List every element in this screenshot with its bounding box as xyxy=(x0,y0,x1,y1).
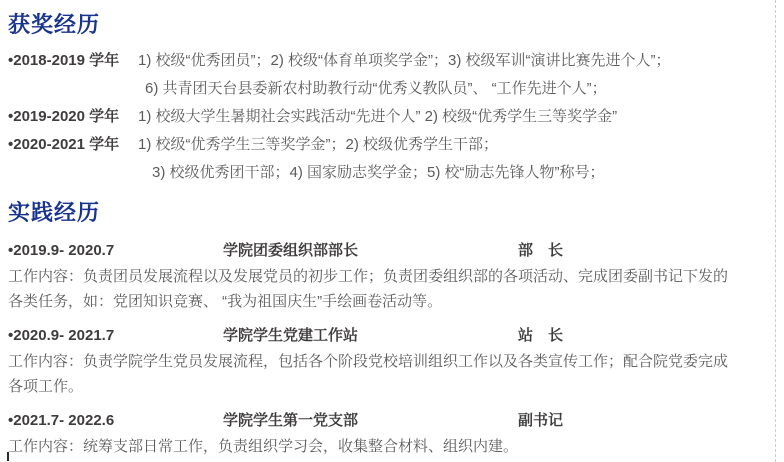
resume-page: 获奖经历 •2018-2019 学年 1) 校级“优秀团员”；2) 校级“体育单… xyxy=(0,0,784,462)
experience-position: 副书记 xyxy=(518,408,563,434)
experience-head-row: •2021.7- 2022.6 学院学生第一党支部 副书记 xyxy=(8,408,768,434)
experience-date: •2020.9- 2021.7 xyxy=(8,323,223,349)
experience-head-row: •2019.9- 2020.7 学院团委组织部部长 部 长 xyxy=(8,238,768,264)
experience-description-line: 工作内容：统筹支部日常工作，负责组织学习会，收集整合材料、组织内建。 xyxy=(8,434,768,459)
award-line: 1) 校级“优秀团员”；2) 校级“体育单项奖学金”；3) 校级军训“演讲比赛先… xyxy=(138,47,768,75)
experience-head-row: •2020.9- 2021.7 学院学生党建工作站 站 长 xyxy=(8,323,768,349)
experience-description-line: 工作内容：负责学院学生党员发展流程，包括各个阶段党校培训组织工作以及各类宣传工作… xyxy=(8,349,768,374)
award-lines: 1) 校级“优秀团员”；2) 校级“体育单项奖学金”；3) 校级军训“演讲比赛先… xyxy=(138,47,768,103)
experience-position: 站 长 xyxy=(518,323,563,349)
experience-organization: 学院学生党建工作站 xyxy=(223,323,518,349)
experience-organization: 学院学生第一党支部 xyxy=(223,408,518,434)
practice-section-title: 实践经历 xyxy=(8,200,768,226)
award-lines: 1) 校级“优秀学生三等奖学金”；2) 校级优秀学生干部； 3) 校级优秀团干部… xyxy=(138,131,768,187)
text-caret xyxy=(7,452,9,461)
experience-description-line: 各项工作。 xyxy=(8,374,768,399)
award-row: •2019-2020 学年 1) 校级大学生暑期社会实践活动“先进个人” 2) … xyxy=(8,103,768,131)
experience-description-line: 各类任务，如：党团知识竞赛、 “我为祖国庆生”手绘画卷活动等。 xyxy=(8,289,768,314)
experience-entry: •2021.7- 2022.6 学院学生第一党支部 副书记 工作内容：统筹支部日… xyxy=(8,408,768,459)
experience-position: 部 长 xyxy=(518,238,563,264)
award-lines: 1) 校级大学生暑期社会实践活动“先进个人” 2) 校级“优秀学生三等奖学金” xyxy=(138,103,768,131)
experience-entry: •2020.9- 2021.7 学院学生党建工作站 站 长 工作内容：负责学院学… xyxy=(8,323,768,399)
award-year-label: •2019-2020 学年 xyxy=(8,103,138,131)
awards-section-title: 获奖经历 xyxy=(8,12,768,38)
experience-date: •2021.7- 2022.6 xyxy=(8,408,223,434)
award-row: •2020-2021 学年 1) 校级“优秀学生三等奖学金”；2) 校级优秀学生… xyxy=(8,131,768,187)
award-row: •2018-2019 学年 1) 校级“优秀团员”；2) 校级“体育单项奖学金”… xyxy=(8,47,768,103)
award-line: 6) 共青团天台县委新农村助教行动“优秀义教队员”、 “工作先进个人”； xyxy=(138,75,768,103)
award-line: 1) 校级“优秀学生三等奖学金”；2) 校级优秀学生干部； xyxy=(138,131,768,159)
experience-entry: •2019.9- 2020.7 学院团委组织部部长 部 长 工作内容：负责团员发… xyxy=(8,238,768,314)
award-year-label: •2018-2019 学年 xyxy=(8,47,138,75)
award-line: 3) 校级优秀团干部；4) 国家励志奖学金；5) 校“励志先锋人物”称号； xyxy=(138,159,768,187)
page-margin-dashed-line xyxy=(775,0,776,462)
resume-content: 获奖经历 •2018-2019 学年 1) 校级“优秀团员”；2) 校级“体育单… xyxy=(8,12,768,462)
experience-organization: 学院团委组织部部长 xyxy=(223,238,518,264)
experience-description-line: 工作内容：负责团员发展流程以及发展党员的初步工作；负责团委组织部的各项活动、完成… xyxy=(8,264,768,289)
award-year-label: •2020-2021 学年 xyxy=(8,131,138,159)
experience-date: •2019.9- 2020.7 xyxy=(8,238,223,264)
award-line: 1) 校级大学生暑期社会实践活动“先进个人” 2) 校级“优秀学生三等奖学金” xyxy=(138,103,768,131)
